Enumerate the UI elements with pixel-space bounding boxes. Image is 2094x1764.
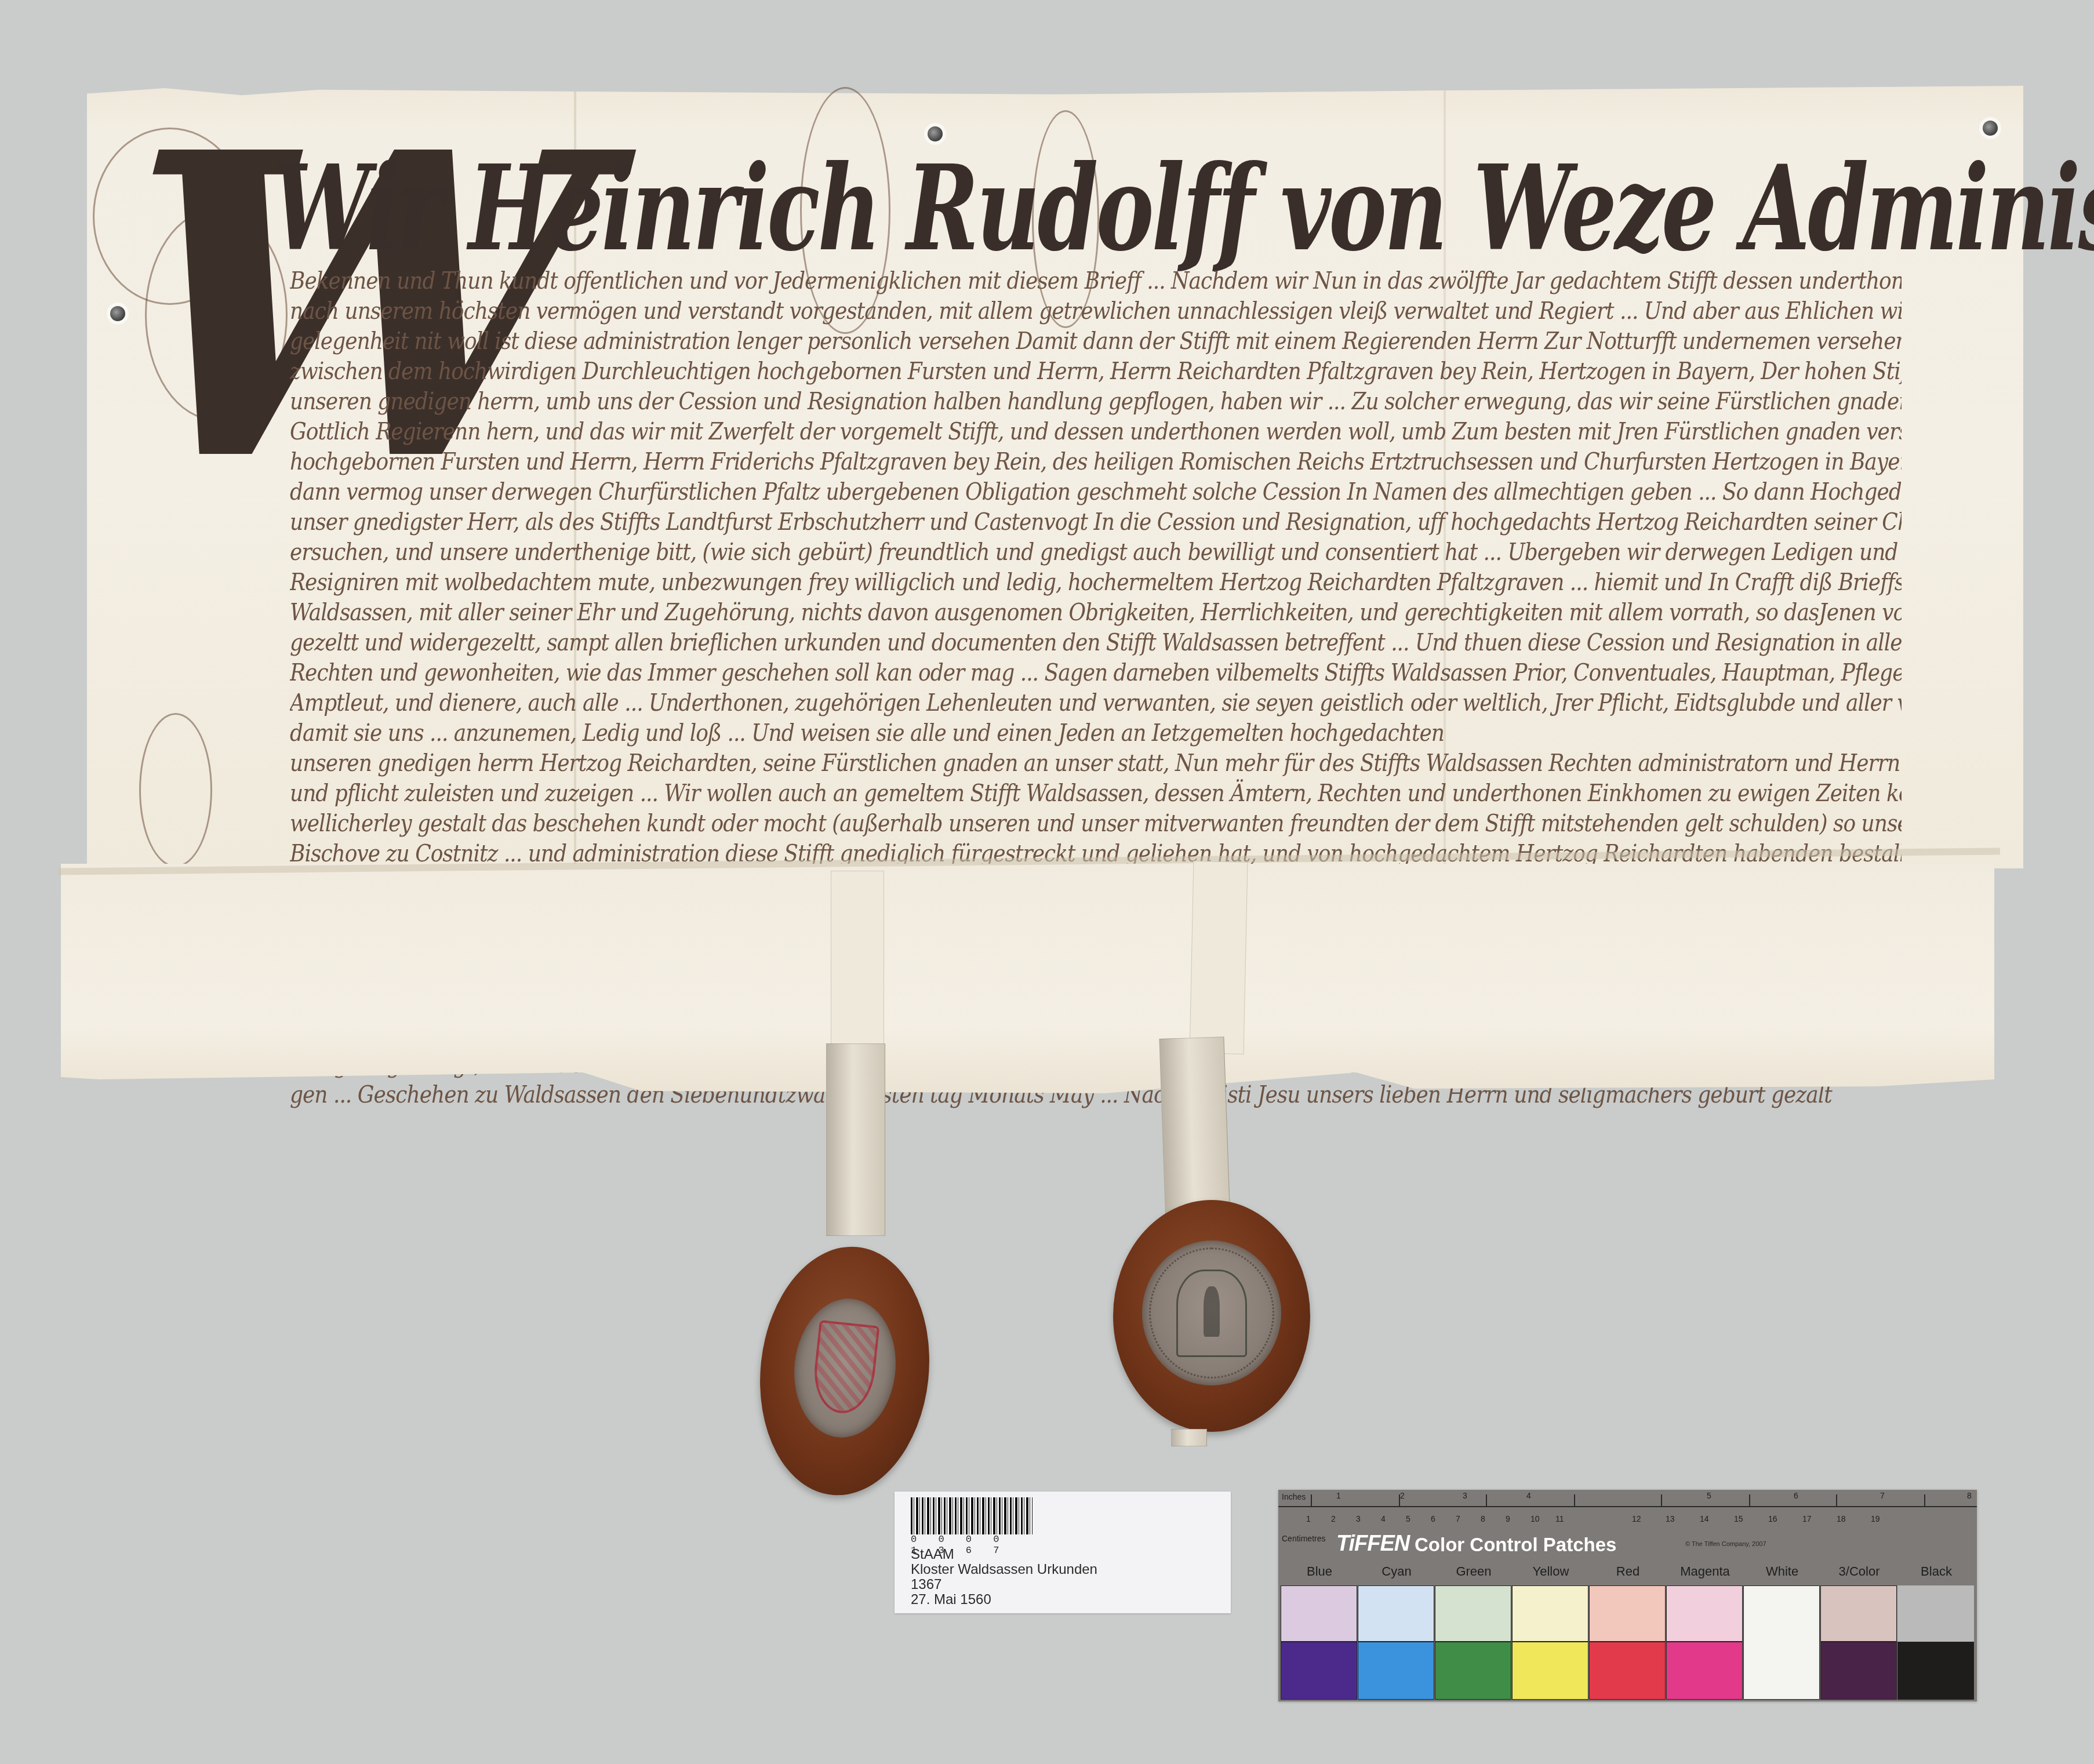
seal-tag-slot bbox=[831, 871, 884, 1046]
text-line: unseren gnedigen herrn, umb uns der Cess… bbox=[290, 384, 1902, 419]
inch-ruler: Inches 1 2 3 4 5 6 7 8 bbox=[1278, 1490, 1977, 1507]
text-line: Amptleut, und dienere, auch alle ... Und… bbox=[290, 686, 1902, 721]
label-text: StAAM Kloster Waldsassen Urkunden 1367 2… bbox=[911, 1547, 1097, 1607]
text-line: unseren gnedigen herrn Hertzog Reichardt… bbox=[290, 746, 1902, 781]
seal-tag-right bbox=[1159, 1036, 1230, 1225]
archive-name: StAAM bbox=[911, 1547, 1097, 1562]
text-line: dann vermog unser derwegen Churfürstlich… bbox=[290, 475, 1902, 510]
seal-tag-slot bbox=[1190, 861, 1248, 1054]
seal-tag-end bbox=[1171, 1429, 1207, 1446]
seal-right-wax-cup bbox=[1113, 1200, 1310, 1432]
chart-title: Color Control Patches bbox=[1415, 1534, 1616, 1556]
text-line: Bekennen und Thun kundt offentlichen und… bbox=[290, 264, 1902, 299]
seal-left-impression bbox=[787, 1294, 902, 1443]
seal-right-impression bbox=[1142, 1241, 1281, 1385]
patch-magenta bbox=[1666, 1585, 1743, 1700]
text-line: Waldsassen, mit aller seiner Ehr und Zug… bbox=[290, 595, 1902, 630]
text-line: Rechten und gewonheiten, wie das Immer g… bbox=[290, 656, 1902, 690]
text-line: und pflicht zuleisten und zuzeigen ... W… bbox=[290, 776, 1902, 811]
patch-white bbox=[1743, 1585, 1820, 1700]
charter-plica bbox=[61, 864, 1994, 1096]
text-line: gezeltt und widergezeltt, sampt allen br… bbox=[290, 625, 1902, 660]
seal-tag-left bbox=[826, 1043, 885, 1236]
text-line: Gottlich Regierenn hern, und das wir mit… bbox=[290, 414, 1902, 449]
seal-left-wax-cup bbox=[748, 1238, 941, 1504]
tiffen-logo: TiFFEN bbox=[1336, 1532, 1409, 1556]
patch-green bbox=[1435, 1585, 1511, 1700]
text-line: Resigniren mit wolbedachtem mute, unbezw… bbox=[290, 565, 1902, 600]
centimetre-ruler: 1 2 3 4 5 6 7 8 9 10 11 12 13 14 15 16 1… bbox=[1278, 1507, 1977, 1528]
color-control-chart: Inches 1 2 3 4 5 6 7 8 1 2 3 4 5 6 7 8 9… bbox=[1278, 1490, 1977, 1701]
barcode-icon bbox=[911, 1497, 1033, 1534]
color-patches bbox=[1281, 1585, 1975, 1700]
patch-3color bbox=[1820, 1585, 1897, 1700]
inches-caption: Inches bbox=[1282, 1492, 1306, 1501]
text-line: wellicherley gestalt das beschehen kundt… bbox=[290, 806, 1902, 841]
text-line: damit sie uns ... anzunemen, Ledig und l… bbox=[290, 716, 1902, 751]
text-line: unser gnedigster Herr, als des Stiffts L… bbox=[290, 505, 1902, 540]
chart-copyright: © The Tiffen Company, 2007 bbox=[1685, 1541, 1766, 1548]
text-line: hochgebornen Fursten und Herrn, Herrn Fr… bbox=[290, 445, 1902, 479]
document-number: 1367 bbox=[911, 1577, 1097, 1592]
document-date: 27. Mai 1560 bbox=[911, 1592, 1097, 1607]
patch-blue bbox=[1281, 1585, 1357, 1700]
collection-name: Kloster Waldsassen Urkunden bbox=[911, 1562, 1097, 1577]
centimetres-caption: Centimetres bbox=[1282, 1534, 1325, 1543]
patch-red bbox=[1589, 1585, 1666, 1700]
calligraphic-flourish bbox=[139, 713, 212, 867]
patch-black bbox=[1897, 1585, 1974, 1700]
archive-label: 0 0 0 0 1 3 6 7 StAAM Kloster Waldsassen… bbox=[895, 1492, 1231, 1613]
text-line: ersuchen, und unsere underthenige bitt, … bbox=[290, 535, 1902, 570]
coat-of-arms-icon bbox=[810, 1320, 880, 1417]
text-line: zwischen dem hochwirdigen Durchleuchtige… bbox=[290, 354, 1902, 389]
enthroned-figure-icon bbox=[1176, 1270, 1246, 1357]
magnet-pin-icon bbox=[1983, 121, 1998, 136]
text-line: nach unserem höchsten vermögen und verst… bbox=[290, 294, 1902, 329]
patch-labels: Blue Cyan Green Yellow Red Magenta White… bbox=[1278, 1564, 1977, 1584]
patch-cyan bbox=[1358, 1585, 1434, 1700]
text-line: gelegenheit nit woll ist diese administr… bbox=[290, 324, 1902, 359]
patch-yellow bbox=[1512, 1585, 1588, 1700]
